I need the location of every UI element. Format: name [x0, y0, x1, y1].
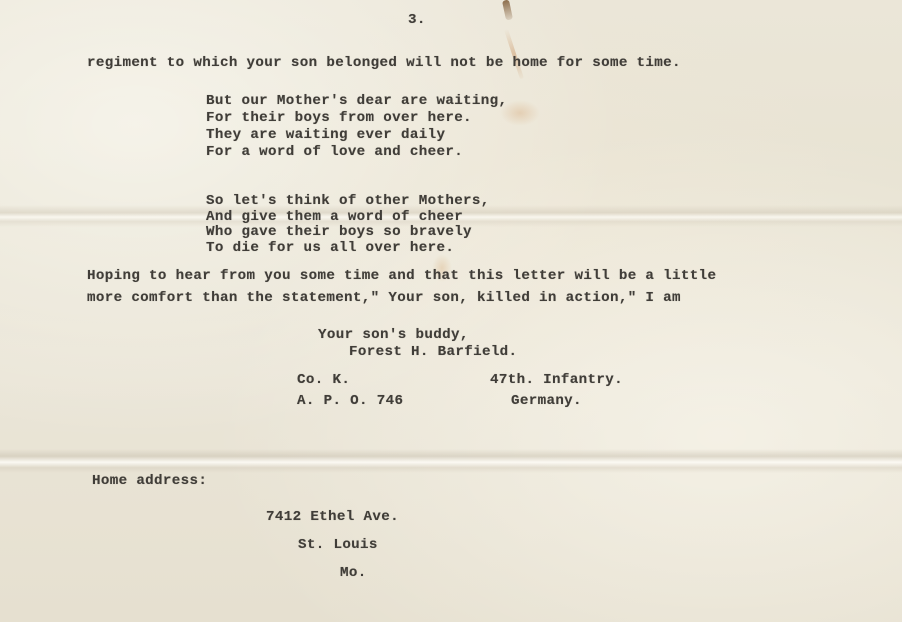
valediction: Your son's buddy, [318, 328, 469, 342]
paper-stain [504, 29, 524, 80]
unit: 47th. Infantry. [490, 373, 623, 387]
poem-stanza-2: So let's think of other Mothers, And giv… [206, 194, 490, 256]
closing-paragraph-line: more comfort than the statement," Your s… [87, 291, 681, 305]
poem-line: To die for us all over here. [206, 241, 490, 257]
home-address-city: St. Louis [298, 538, 378, 552]
paper-fold-crease [0, 449, 902, 473]
closing-paragraph-line: Hoping to hear from you some time and th… [87, 269, 716, 283]
apo-number: A. P. O. 746 [297, 394, 403, 408]
country: Germany. [511, 394, 582, 408]
poem-line: So let's think of other Mothers, [206, 194, 490, 210]
poem-line: But our Mother's dear are waiting, [206, 93, 507, 110]
home-address-state: Mo. [340, 566, 367, 580]
page-number: 3. [408, 13, 426, 27]
home-address-street: 7412 Ethel Ave. [266, 510, 399, 524]
company: Co. K. [297, 373, 350, 387]
ink-stain [502, 0, 513, 21]
opening-line: regiment to which your son belonged will… [87, 56, 681, 70]
poem-line: For their boys from over here. [206, 110, 507, 127]
letter-page: 3. regiment to which your son belonged w… [0, 0, 902, 622]
poem-line: They are waiting ever daily [206, 127, 507, 144]
home-address-label: Home address: [92, 474, 207, 488]
poem-line: Who gave their boys so bravely [206, 225, 490, 241]
poem-line: For a word of love and cheer. [206, 144, 507, 161]
signer-name: Forest H. Barfield. [349, 345, 517, 359]
poem-line: And give them a word of cheer [206, 210, 490, 226]
poem-stanza-1: But our Mother's dear are waiting, For t… [206, 93, 507, 161]
